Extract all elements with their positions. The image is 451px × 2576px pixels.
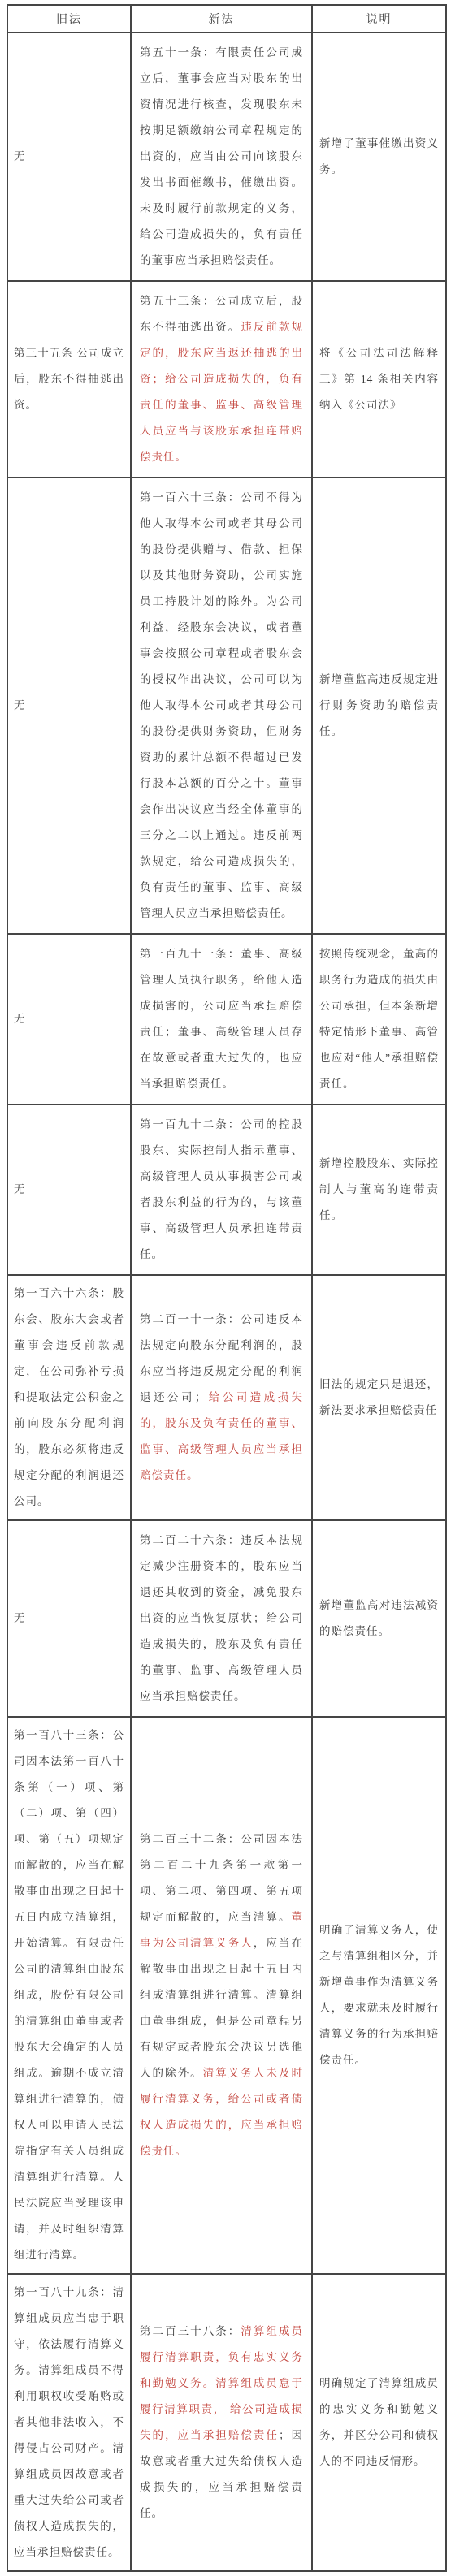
law-text: 无 [14,1183,26,1195]
note-cell: 旧法的规定只是退还，新法要求承担赔偿责任 [312,1275,446,1520]
law-text: 第二百三十二条：公司因本法第二百二十九条第一款第一项、第二项、第四项、第五项规定… [140,1833,303,1923]
law-text: 明确规定了清算组成员的忠实义务和勤勉义务，并区分公司和债权人的不同违反情形。 [319,2377,439,2467]
new-law-cell: 第一百九十一条：董事、高级管理人员执行职务，给他人造成损害的，公司应当承担赔偿责… [131,934,312,1104]
new-law-cell: 第一百九十二条：公司的控股股东、实际控制人指示董事、高级管理人员从事损害公司或者… [131,1104,312,1275]
old-law-cell: 第三十五条 公司成立后，股东不得抽逃出资。 [7,281,131,478]
note-column-header: 说明 [312,5,446,32]
law-text: 新增董监高违反规定进行财务资助的赔偿责任。 [319,673,439,737]
law-text: 将《公司法司法解释三》第 14 条相关内容纳入《公司法》 [319,347,439,411]
law-text: 第二百三十八条： [140,2325,241,2337]
law-text: 第一百九十二条：公司的控股股东、实际控制人指示董事、高级管理人员从事损害公司或者… [140,1118,303,1260]
new-law-cell: 第二百三十二条：公司因本法第二百二十九条第一款第一项、第二项、第四项、第五项规定… [131,1717,312,2274]
old-law-cell: 第一百八十九条：清算组成员应当忠于职守，依法履行清算义务。清算组成员不得利用职权… [7,2274,131,2571]
table-row: 第一百八十九条：清算组成员应当忠于职守，依法履行清算义务。清算组成员不得利用职权… [7,2274,446,2571]
table-row: 无第一百六十三条：公司不得为他人取得本公司或者其母公司的股份提供赠与、借款、担保… [7,478,446,934]
old-law-cell: 第一百八十三条：公司因本法第一百八十条第（一）项、第（二）项、第（四）项、第（五… [7,1717,131,2274]
old-law-column-header: 旧法 [7,5,131,32]
law-text: 第一百九十一条：董事、高级管理人员执行职务，给他人造成损害的，公司应当承担赔偿责… [140,948,303,1090]
note-cell: 将《公司法司法解释三》第 14 条相关内容纳入《公司法》 [312,281,446,478]
note-cell: 新增控股股东、实际控制人与董高的连带责任。 [312,1104,446,1275]
law-text: 第一百六十三条：公司不得为他人取得本公司或者其母公司的股份提供赠与、借款、担保以… [140,491,303,919]
law-comparison-document: 旧法 新法 说明 无第五十一条：有限责任公司成立后，董事会应当对股东的出资情况进… [0,0,451,2576]
note-cell: 新增董监高违反规定进行财务资助的赔偿责任。 [312,478,446,934]
note-cell: 新增了董事催缴出资义务。 [312,32,446,281]
old-law-cell: 无 [7,478,131,934]
table-row: 第三十五条 公司成立后，股东不得抽逃出资。第五十三条：公司成立后，股东不得抽逃出… [7,281,446,478]
law-comparison-table: 旧法 新法 说明 无第五十一条：有限责任公司成立后，董事会应当对股东的出资情况进… [7,4,447,2572]
law-text: 无 [14,1013,26,1025]
table-header-row: 旧法 新法 说明 [7,5,446,32]
law-text: 旧法的规定只是退还，新法要求承担赔偿责任 [319,1378,439,1416]
law-text: 第五十一条：有限责任公司成立后，董事会应当对股东的出资情况进行核查，发现股东未按… [140,46,303,266]
law-text: 第二百二十六条：违反本法规定减少注册资本的，股东应当退还其收到的资金，减免股东出… [140,1534,303,1702]
new-law-cell: 第二百二十六条：违反本法规定减少注册资本的，股东应当退还其收到的资金，减免股东出… [131,1520,312,1717]
highlighted-law-text: 清算组成员履行清算职责，负有忠实义务和勤勉义务。清算组成员怠于履行清算职责， 给… [140,2325,303,2441]
new-law-cell: 第二百一十一条：公司违反本法规定向股东分配利润的，股东应当将违反规定分配的利润退… [131,1275,312,1520]
table-row: 无第一百九十二条：公司的控股股东、实际控制人指示董事、高级管理人员从事损害公司或… [7,1104,446,1275]
new-law-cell: 第五十三条：公司成立后，股东不得抽逃出资。违反前款规定的，股东应当返还抽逃的出资… [131,281,312,478]
law-text: ，应当在解散事由出现之日起十五日内组成清算组进行清算。清算组由董事组成，但是公司… [140,1937,303,2079]
law-text: 按照传统观念，董高的职务行为造成的损失由公司承担，但本条新增特定情形下董事、高管… [319,948,439,1090]
new-law-cell: 第五十一条：有限责任公司成立后，董事会应当对股东的出资情况进行核查，发现股东未按… [131,32,312,281]
law-text: ；因故意或者重大过失给债权人造成损失的，应当承担赔偿责任。 [140,2429,303,2519]
law-text: 新增董监高对违法减资的赔偿责任。 [319,1599,439,1637]
comparison-table-body: 无第五十一条：有限责任公司成立后，董事会应当对股东的出资情况进行核查，发现股东未… [7,32,446,2571]
old-law-cell: 无 [7,1104,131,1275]
highlighted-law-text: 给公司造成损失的，股东及负有责任的董事、监事、高级管理人员应当承担赔偿责任。 [140,1391,303,1481]
table-row: 无第五十一条：有限责任公司成立后，董事会应当对股东的出资情况进行核查，发现股东未… [7,32,446,281]
law-text: 无 [14,1612,26,1624]
old-law-cell: 无 [7,32,131,281]
new-law-column-header: 新法 [131,5,312,32]
law-text: 第一百八十三条：公司因本法第一百八十条第（一）项、第（二）项、第（四）项、第（五… [14,1729,124,2261]
law-text: 新增了董事催缴出资义务。 [319,137,439,175]
note-cell: 明确规定了清算组成员的忠实义务和勤勉义务，并区分公司和债权人的不同违反情形。 [312,2274,446,2571]
old-law-cell: 无 [7,934,131,1104]
note-cell: 新增董监高对违法减资的赔偿责任。 [312,1520,446,1717]
law-text: 第二百一十一条：公司违反本法规定向股东分配利润的，股东应当将违反规定分配的利润退… [140,1313,303,1403]
law-text: 无 [14,150,26,162]
table-row: 第一百六十六条：股东会、股东大会或者董事会违反前款规定，在公司弥补亏损和提取法定… [7,1275,446,1520]
highlighted-law-text: 违反前款规定的，股东应当返还抽逃的出资；给公司造成损失的，负有责任的董事、监事、… [140,321,303,463]
table-row: 无第一百九十一条：董事、高级管理人员执行职务，给他人造成损害的，公司应当承担赔偿… [7,934,446,1104]
old-law-cell: 无 [7,1520,131,1717]
law-text: 明确了清算义务人，使之与清算组相区分，并新增董事作为清算义务人，要求就未及时履行… [319,1924,439,2066]
new-law-cell: 第二百三十八条：清算组成员履行清算职责，负有忠实义务和勤勉义务。清算组成员怠于履… [131,2274,312,2571]
law-text: 第一百八十九条：清算组成员应当忠于职守，依法履行清算义务。清算组成员不得利用职权… [14,2286,124,2558]
old-law-cell: 第一百六十六条：股东会、股东大会或者董事会违反前款规定，在公司弥补亏损和提取法定… [7,1275,131,1520]
note-cell: 明确了清算义务人，使之与清算组相区分，并新增董事作为清算义务人，要求就未及时履行… [312,1717,446,2274]
new-law-cell: 第一百六十三条：公司不得为他人取得本公司或者其母公司的股份提供赠与、借款、担保以… [131,478,312,934]
table-row: 无第二百二十六条：违反本法规定减少注册资本的，股东应当退还其收到的资金，减免股东… [7,1520,446,1717]
law-text: 无 [14,699,26,711]
note-cell: 按照传统观念，董高的职务行为造成的损失由公司承担，但本条新增特定情形下董事、高管… [312,934,446,1104]
highlighted-law-text: 清算义务人未及时履行清算义务，给公司或者债权人造成损失的，应当承担赔偿责任。 [140,2067,303,2157]
law-text: 新增控股股东、实际控制人与董高的连带责任。 [319,1157,439,1221]
law-text: 第一百六十六条：股东会、股东大会或者董事会违反前款规定，在公司弥补亏损和提取法定… [14,1287,124,1507]
law-text: 第三十五条 公司成立后，股东不得抽逃出资。 [14,347,124,411]
table-row: 第一百八十三条：公司因本法第一百八十条第（一）项、第（二）项、第（四）项、第（五… [7,1717,446,2274]
